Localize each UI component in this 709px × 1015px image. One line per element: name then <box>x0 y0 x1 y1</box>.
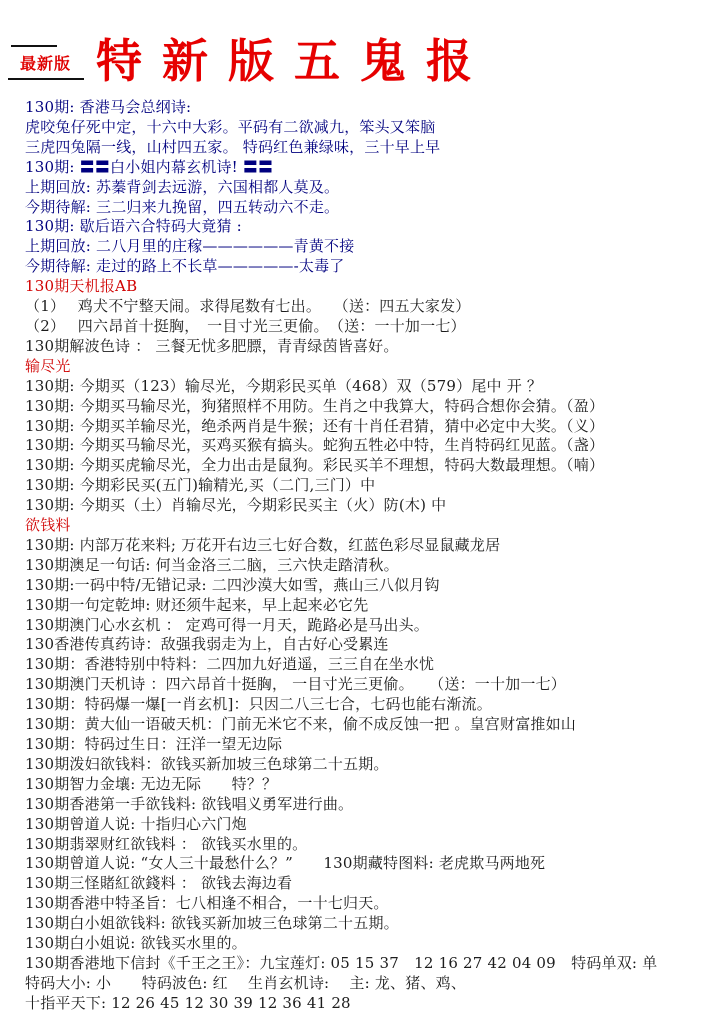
report-line: 130期澳门天机诗 ：四六昂首十挺胸， 一目寸光三更偷。 （送：一十加一七） <box>25 675 705 695</box>
report-line: （1） 鸡犬不宁整天闹。求得尾数有七出。 （送：四五大家发） <box>25 297 705 317</box>
report-line: 上期回放: 二八月里的庄稼——————青黄不接 <box>25 237 705 257</box>
report-line: 130期香港中特圣旨：七八相逢不相合，一十七归天。 <box>25 894 705 914</box>
report-line: 130期: 今期买马输尽光，买鸡买猴有搞头。蛇狗五牲必中特，生肖特码红见蓝。（盏… <box>25 436 705 456</box>
report-line: 130期澳门心水玄机 ： 定鸡可得一月天，跪路必是马出头。 <box>25 616 705 636</box>
report-line: 130香港传真药诗：敌强我弱走为上，自古好心受累连 <box>25 635 705 655</box>
report-line: 130期: 〓〓白小姐内幕玄机诗! 〓〓 <box>25 158 705 178</box>
report-line: 130期: 香港马会总纲诗: <box>25 98 705 118</box>
masthead: 最新版 特新版五鬼报 <box>0 0 709 96</box>
report-line: 130期: 今期买马输尽光，狗猪照样不用防。生肖之中我算大，特码合想你会猜。（盈… <box>25 397 705 417</box>
badge-rule-bottom <box>8 78 84 80</box>
report-line: 130期: 内部万花来料; 万花开右边三七好合数，红蓝色彩尽显鼠藏龙居 <box>25 536 705 556</box>
report-line: 上期回放: 苏蓁背剑去远游，六国相都人莫及。 <box>25 178 705 198</box>
report-line: （2） 四六昂首十挺胸， 一目寸光三更偷。 （送：一十加一七） <box>25 317 705 337</box>
page-title: 特新版五鬼报 <box>96 36 492 87</box>
report-line: 130期：特码爆一爆[一肖玄机]：只因二八三七合，七码也能右渐流。 <box>25 695 705 715</box>
report-line: 130期白小姐说: 欲钱买水里的。 <box>25 934 705 954</box>
report-line: 130期翡翠财红欲钱料 ： 欲钱买水里的。 <box>25 835 705 855</box>
report-line: 130期: 今期买（123）输尽光，今期彩民买单（468）双（579）尾中 开 … <box>25 377 705 397</box>
report-line: 130期: 今期买虎输尽光，全力出击是鼠狗。彩民买羊不理想，特码大数最理想。（喃… <box>25 456 705 476</box>
report-line: 虎咬兔仔死中定，十六中大彩。平码有二欲减九，笨头又笨脑 <box>25 118 705 138</box>
edition-badge: 最新版 <box>8 45 90 80</box>
report-line: 130期澳足一句话: 何当金洛三二脑，三六快走踏清秋。 <box>25 556 705 576</box>
report-line: 今期待解: 三二归来九挽留，四五转动六不走。 <box>25 198 705 218</box>
report-line: 130期一句定乾坤: 财还须牛起来，早上起来必它先 <box>25 596 705 616</box>
report-line: 130期曾道人说: “女人三十最愁什么？” 130期藏特图料: 老虎欺马两地死 <box>25 854 705 874</box>
report-line: 130期: 今期买羊输尽光，绝杀两肖是牛猴；还有十肖任君猜，猜中必定中大奖。（义… <box>25 417 705 437</box>
report-line: 今期待解: 走过的路上不长草—————-太毒了 <box>25 257 705 277</box>
section-header: 欲钱料 <box>25 516 705 536</box>
report-line: 130期: 今期彩民买(五门)输精光,买（二门,三门）中 <box>25 476 705 496</box>
report-line: 130期：特码过生日：汪洋一望无边际 <box>25 735 705 755</box>
report-line: 130期智力金壤: 无边无际 特？？ <box>25 775 705 795</box>
report-line: 130期白小姐欲钱料: 欲钱买新加坡三色球第二十五期。 <box>25 914 705 934</box>
report-line: 特码大小: 小 特码波色: 红 生肖玄机诗: 主: 龙、猪、鸡、 <box>25 974 705 994</box>
section-header: 130期天机报AB <box>25 277 705 297</box>
report-line: 130期: 歇后语六合特码大竟猜 : <box>25 217 705 237</box>
report-line: 130期: 今期买（土）肖输尽光，今期彩民买主（火）防(木) 中 <box>25 496 705 516</box>
report-line: 130期：香港特别中特料：二四加九好逍遥，三三自在坐水忧 <box>25 655 705 675</box>
report-line: 三虎四兔隔一线，山村四五家。 特码红色兼绿味，三十早上早 <box>25 138 705 158</box>
edition-badge-label: 最新版 <box>8 47 90 78</box>
report-line: 130期解波色诗 ： 三餐无忧多肥膘，青青绿茵皆喜好。 <box>25 337 705 357</box>
section-header: 输尽光 <box>25 357 705 377</box>
report-line: 130期:一码中特/无错记录: 二四沙漠大如雪，燕山三八似月钩 <box>25 576 705 596</box>
report-line: 130期曾道人说: 十指归心六门炮 <box>25 815 705 835</box>
report-line: 130期三怪賭紅欲錢料 ： 欲钱去海边看 <box>25 874 705 894</box>
report-line: 十指平天下: 12 26 45 12 30 39 12 36 41 28 <box>25 994 705 1014</box>
report-line: 130期：黄大仙一语破天机：门前无米它不来，偷不成反蚀一把 。皇宫财富推如山 <box>25 715 705 735</box>
report-line: 130期香港地下信封《千王之王》：九宝莲灯: 05 15 37 12 16 27… <box>25 954 705 974</box>
report-line: 130期香港第一手欲钱料: 欲钱唱义勇军进行曲。 <box>25 795 705 815</box>
report-line: 130期泼妇欲钱料：欲钱买新加坡三色球第二十五期。 <box>25 755 705 775</box>
report-body: 130期: 香港马会总纲诗:虎咬兔仔死中定，十六中大彩。平码有二欲减九，笨头又笨… <box>0 96 709 1014</box>
